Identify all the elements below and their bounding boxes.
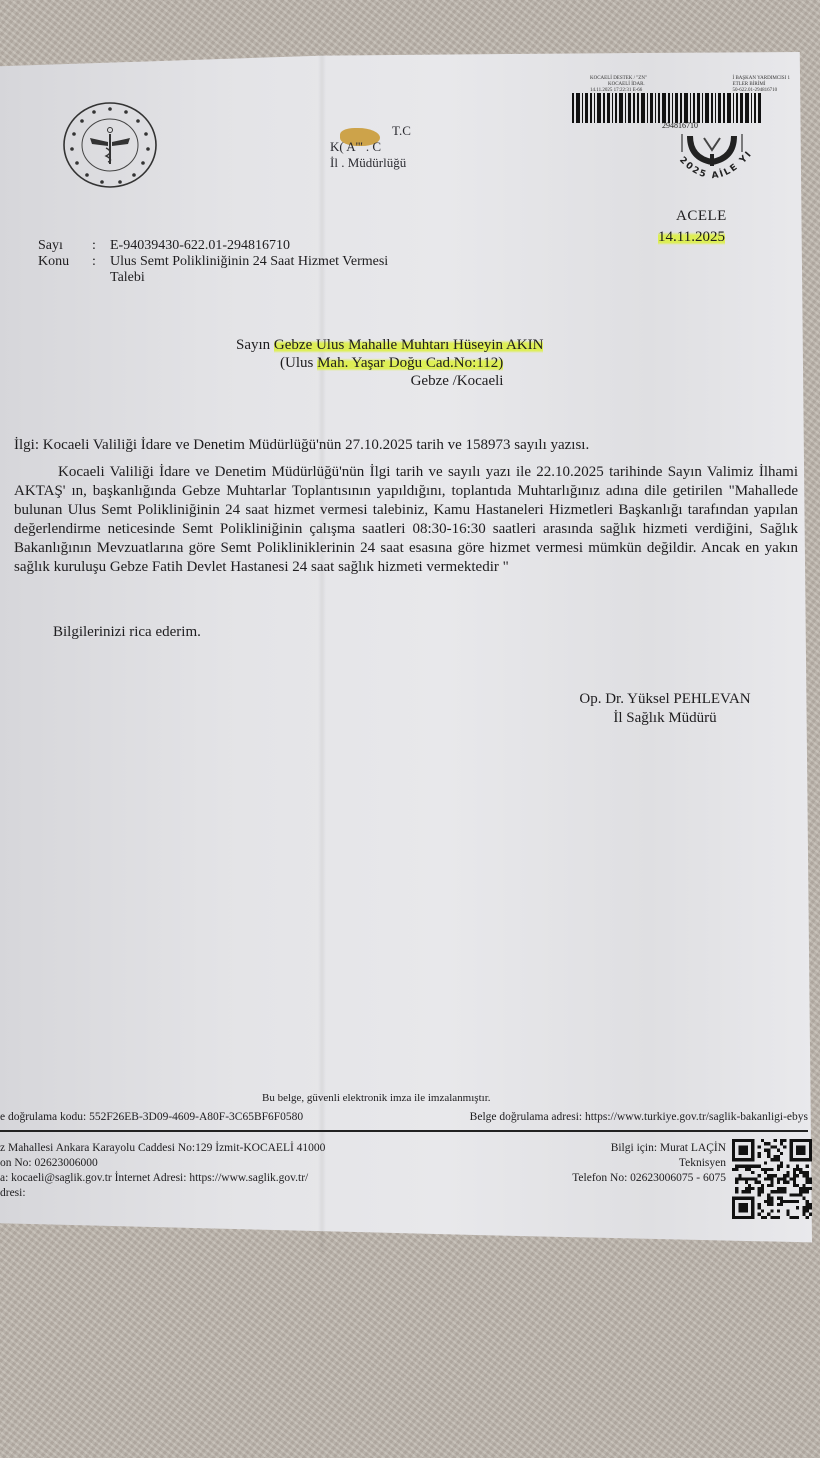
signatory-name: Op. Dr. Yüksel PEHLEVAN [560, 690, 770, 709]
recipient-address: Mah. Yaşar Doğu Cad.No:112) [317, 355, 503, 371]
recipient-city: Gebze /Kocaeli [236, 372, 543, 390]
info-contact: Bilgi için: Murat LAÇİN Teknisyen Telefo… [540, 1141, 726, 1186]
letter-body-text: Kocaeli Valiliği İdare ve Denetim Müdürl… [14, 464, 798, 575]
date-value: 14.11.2025 [658, 229, 725, 245]
recipient-name: Gebze Ulus Mahalle Muhtarı Hüseyin AKIN [274, 337, 544, 353]
verification-row: e doğrulama kodu: 552F26EB-3D09-4609-A80… [0, 1111, 808, 1123]
verification-code: e doğrulama kodu: 552F26EB-3D09-4609-A80… [0, 1111, 303, 1123]
paper-crease [318, 52, 326, 1252]
institution-kep: dresi: [0, 1186, 325, 1201]
separator: : [92, 238, 110, 254]
institution-contact: z Mahallesi Ankara Karayolu Caddesi No:1… [0, 1141, 325, 1201]
qr-code-icon[interactable] [732, 1138, 812, 1220]
verification-address[interactable]: Belge doğrulama adresi: https://www.turk… [470, 1111, 808, 1123]
document-date: 14.11.2025 [658, 229, 725, 246]
institution-address: z Mahallesi Ankara Karayolu Caddesi No:1… [0, 1141, 325, 1156]
recipient-prefix: Sayın [236, 337, 274, 353]
contact-title: Teknisyen [540, 1156, 726, 1171]
ministry-seal-icon [60, 100, 160, 190]
closing-line: Bilgilerinizi rica ederim. [53, 624, 201, 641]
reference-line: İlgi: Kocaeli Valiliği İdare ve Denetim … [14, 437, 589, 454]
document-meta: Sayı : E-94039430-622.01-294816710 Konu … [38, 238, 410, 286]
header-line-tc: T.C [330, 123, 411, 139]
svg-text:2025 AİLE YILI: 2025 AİLE YILI [660, 128, 755, 181]
priority-label: ACELE [676, 208, 727, 225]
header-line-province: K( A''' . C [330, 139, 411, 155]
barcode [572, 93, 792, 123]
family-year-logo-icon: 2025 AİLE YILI [660, 128, 765, 193]
contact-person: Bilgi için: Murat LAÇİN [540, 1141, 726, 1156]
header-line-directorate: İl . Müdürlüğü [330, 155, 411, 171]
contact-phone: Telefon No: 02623006075 - 6075 [540, 1171, 726, 1186]
institution-phone: on No: 02623006000 [0, 1156, 325, 1171]
footer-divider [0, 1130, 808, 1132]
sayi-value: E-94039430-622.01-294816710 [110, 238, 410, 254]
header-organization: T.C K( A''' . C İl . Müdürlüğü [330, 123, 411, 171]
konu-value: Ulus Semt Polikliniğinin 24 Saat Hizmet … [110, 254, 400, 286]
separator: : [92, 254, 110, 286]
signature-block: Op. Dr. Yüksel PEHLEVAN İl Sağlık Müdürü [560, 690, 770, 728]
recipient-address-open: (Ulus [280, 355, 317, 371]
letter-body: Kocaeli Valiliği İdare ve Denetim Müdürl… [14, 463, 798, 577]
registry-stamp: KOCAELİ DESTEK / "ZN" KOCAELİ İDAR. 14.1… [590, 76, 790, 94]
esign-note: Bu belge, güvenli elektronik imza ile im… [262, 1092, 491, 1104]
institution-email-web[interactable]: a: kocaeli@saglik.gov.tr İnternet Adresi… [0, 1171, 325, 1186]
konu-label: Konu [38, 254, 92, 286]
sayi-label: Sayı [38, 238, 92, 254]
recipient-block: Sayın Gebze Ulus Mahalle Muhtarı Hüseyin… [236, 336, 543, 390]
signatory-title: İl Sağlık Müdürü [560, 709, 770, 728]
